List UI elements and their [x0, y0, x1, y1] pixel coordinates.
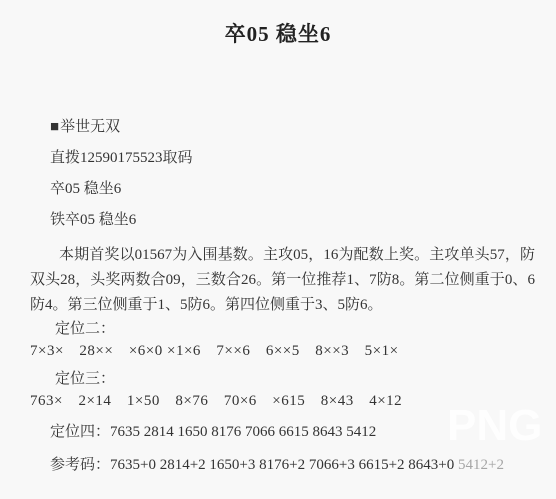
dingwei2-row: 7×3× 28×× ×6×0 ×1×6 7××6 6××5 8××3 5×1× [30, 343, 399, 360]
phone-line: 直拨12590175523取码 [50, 150, 193, 167]
dingwei3-row: 763× 2×14 1×50 8×76 70×6 ×615 8×43 4×12 [30, 393, 402, 410]
forecast-paragraph: 本期首奖以01567为入围基数。主攻05，16为配数上奖。主攻单头57，防双头2… [30, 243, 535, 318]
cankaoma-numbers-faded: 5412+2 [458, 457, 504, 473]
watermark: PNG [447, 404, 542, 448]
slogan-line: ■举世无双 [50, 119, 120, 136]
black-square-bullet-icon: ■ [50, 119, 59, 136]
cankaoma-numbers: 7635+0 2814+2 1650+3 8176+2 7066+3 6615+… [110, 457, 458, 473]
cankaoma-label: 参考码： [50, 457, 110, 473]
dingwei3-label: 定位三： [55, 371, 115, 388]
dingwei4-line: 定位四：7635 2814 1650 8176 7066 6615 8643 5… [50, 424, 376, 441]
dingwei4-numbers: 7635 2814 1650 8176 7066 6615 8643 5412 [110, 424, 376, 440]
cankaoma-line: 参考码：7635+0 2814+2 1650+3 8176+2 7066+3 6… [50, 457, 504, 474]
subtitle-line-2: 铁卒05 稳坐6 [50, 212, 136, 229]
bulletin-page: 卒05 稳坐6 ■举世无双 直拨12590175523取码 卒05 稳坐6 铁卒… [0, 0, 556, 499]
dingwei2-label: 定位二： [55, 321, 115, 338]
page-title: 卒05 稳坐6 [0, 18, 556, 48]
subtitle-line-1: 卒05 稳坐6 [50, 181, 121, 198]
slogan-text: 举世无双 [60, 119, 120, 135]
dingwei4-label: 定位四： [50, 424, 110, 440]
